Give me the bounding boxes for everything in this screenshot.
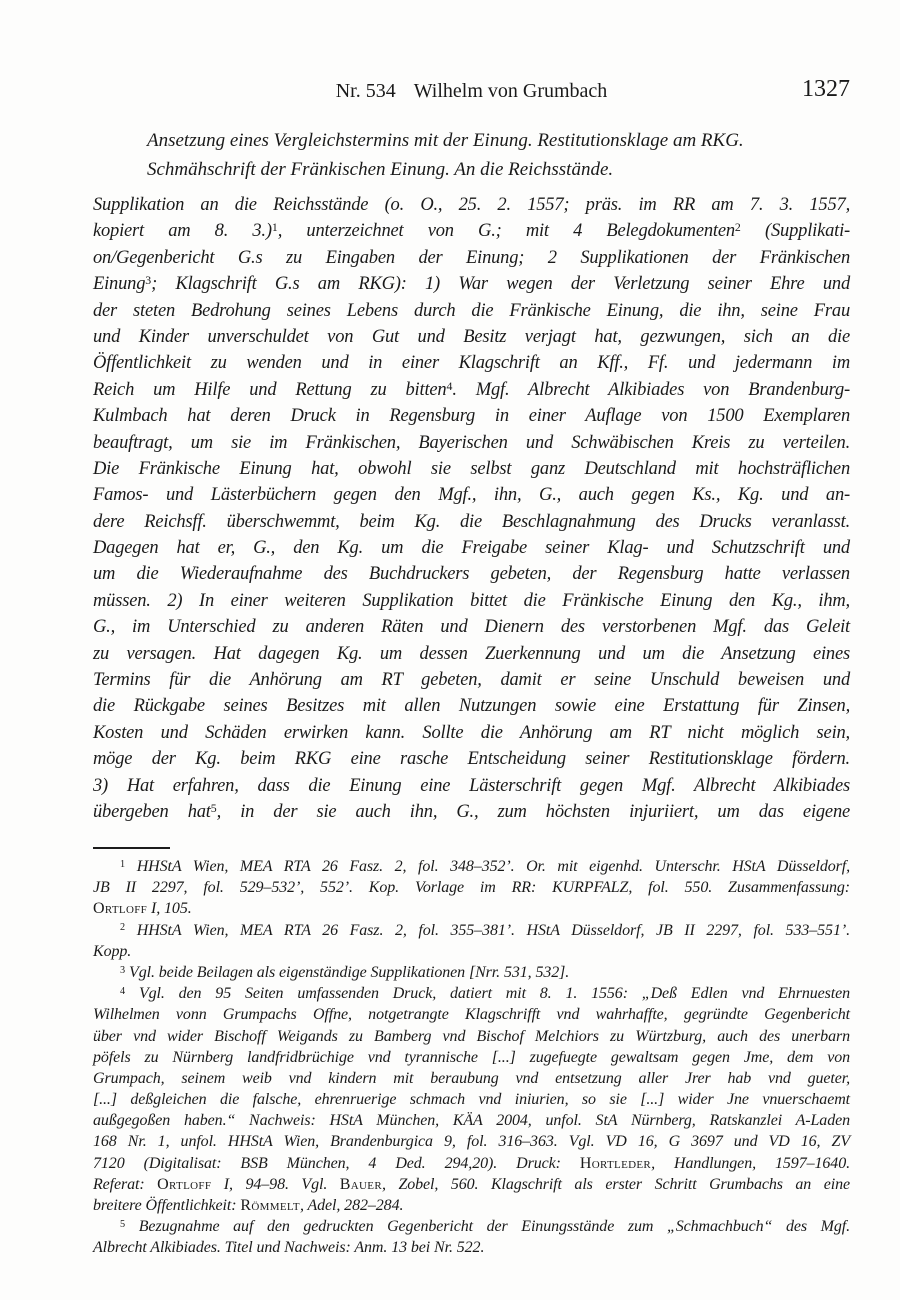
body-line: Einung3; Klagschrift G.s am RKG): 1) War…	[93, 271, 850, 297]
footnote-ref: 1	[120, 859, 125, 870]
body-line: Termins für die Anhörung am RT gebeten, …	[93, 667, 850, 693]
footnote-ref: 5	[120, 1219, 125, 1230]
body-line: 3) Hat erfahren, dass die Einung eine Lä…	[93, 773, 850, 799]
footnote: 5 Bezugnahme auf den gedruckten Gegenber…	[93, 1216, 850, 1258]
footnote-ref: 2	[735, 220, 741, 234]
smallcaps-name: Bauer	[340, 1176, 382, 1193]
footnotes: 1 HHStA Wien, MEA RTA 26 Fasz. 2, fol. 3…	[93, 856, 850, 1259]
regest-body: Supplikation an die Reichsstände (o. O.,…	[93, 192, 850, 825]
footnote: 4 Vgl. den 95 Seiten umfassenden Druck, …	[93, 983, 850, 1216]
body-line: übergeben hat5, in der sie auch ihn, G.,…	[93, 799, 850, 825]
footnote-ref: 3	[145, 273, 151, 287]
footnote: 1 HHStA Wien, MEA RTA 26 Fasz. 2, fol. 3…	[93, 856, 850, 920]
body-line: on/Gegenbericht G.s zu Eingaben der Einu…	[93, 245, 850, 271]
body-line: Supplikation an die Reichsstände (o. O.,…	[93, 192, 850, 218]
footnote-line: pöfels zu Nürnberg landfridbrüchige vnd …	[93, 1047, 850, 1068]
footnote-line: breitere Öffentlichkeit: Römmelt, Adel, …	[93, 1195, 850, 1216]
body-line: müssen. 2) In einer weiteren Supplikatio…	[93, 588, 850, 614]
footnote-line: außgegoßen haben.“ Nachweis: HStA Münche…	[93, 1110, 850, 1131]
footnote-line: 5 Bezugnahme auf den gedruckten Gegenber…	[93, 1216, 850, 1237]
footnote-line: Ortloff I, 105.	[93, 898, 850, 919]
footnote-ref: 2	[120, 922, 125, 933]
footnote-line: über vnd wider Bischoff Weigands zu Bamb…	[93, 1026, 850, 1047]
footnote: 2 HHStA Wien, MEA RTA 26 Fasz. 2, fol. 3…	[93, 920, 850, 962]
regest-heading-line: Ansetzung eines Vergleichstermins mit de…	[147, 126, 857, 155]
running-head-title: Wilhelm von Grumbach	[414, 80, 608, 102]
footnote-ref: 1	[272, 220, 278, 234]
footnote-line: 168 Nr. 1, unfol. HHStA Wien, Brandenbur…	[93, 1131, 850, 1152]
body-line: G., im Unterschied zu anderen Räten und …	[93, 614, 850, 640]
regest-heading-line: Schmähschrift der Fränkischen Einung. An…	[147, 155, 857, 184]
smallcaps-name: Hortleder	[580, 1155, 651, 1172]
body-line: kopiert am 8. 3.)1, unterzeichnet von G.…	[93, 218, 850, 244]
footnote-line: 7120 (Digitalisat: BSB München, 4 Ded. 2…	[93, 1153, 850, 1174]
footnote-ref: 5	[211, 801, 217, 815]
footnote-ref: 3	[120, 965, 125, 976]
body-line: Öffentlichkeit zu wenden und in einer Kl…	[93, 350, 850, 376]
running-head: Nr. 534Wilhelm von Grumbach 1327	[93, 80, 850, 108]
running-head-center: Nr. 534Wilhelm von Grumbach	[93, 80, 850, 103]
body-line: dere Reichsff. überschwemmt, beim Kg. di…	[93, 509, 850, 535]
body-line: möge der Kg. beim RKG eine rasche Entsch…	[93, 746, 850, 772]
footnote-line: 4 Vgl. den 95 Seiten umfassenden Druck, …	[93, 983, 850, 1004]
footnote-separator	[93, 847, 170, 849]
body-line: Famos- und Lästerbüchern gegen den Mgf.,…	[93, 482, 850, 508]
footnote-line: Albrecht Alkibiades. Titel und Nachweis:…	[93, 1237, 850, 1258]
footnote-line: 3 Vgl. beide Beilagen als eigenständige …	[93, 962, 850, 983]
smallcaps-name: Ortloff	[157, 1176, 211, 1193]
body-line: Dagegen hat er, G., den Kg. um die Freig…	[93, 535, 850, 561]
body-line: die Rückgabe seines Besitzes mit allen N…	[93, 693, 850, 719]
body-line: der steten Bedrohung seines Lebens durch…	[93, 298, 850, 324]
body-line: beauftragt, um sie im Fränkischen, Bayer…	[93, 430, 850, 456]
footnote-line: JB II 2297, fol. 529–532’, 552’. Kop. Vo…	[93, 877, 850, 898]
footnote-line: Grumpach, seinem weib vnd kindern mit be…	[93, 1068, 850, 1089]
footnote-line: 1 HHStA Wien, MEA RTA 26 Fasz. 2, fol. 3…	[93, 856, 850, 877]
body-line: Reich um Hilfe und Rettung zu bitten4. M…	[93, 377, 850, 403]
footnote-ref: 4	[120, 986, 125, 997]
body-line: um die Wiederaufnahme des Buchdruckers g…	[93, 561, 850, 587]
footnote: 3 Vgl. beide Beilagen als eigenständige …	[93, 962, 850, 983]
footnote-line: [...] deßgleichen die falsche, ehrenruer…	[93, 1089, 850, 1110]
footnote-line: 2 HHStA Wien, MEA RTA 26 Fasz. 2, fol. 3…	[93, 920, 850, 941]
footnote-line: Wilhelmen vonn Grumpachs Offne, notgetra…	[93, 1004, 850, 1025]
footnote-ref: 4	[446, 379, 452, 393]
book-page: Nr. 534Wilhelm von Grumbach 1327 Ansetzu…	[0, 0, 900, 1300]
body-line: Die Fränkische Einung hat, obwohl sie se…	[93, 456, 850, 482]
body-line: Kosten und Schäden erwirken kann. Sollte…	[93, 720, 850, 746]
footnote-line: Kopp.	[93, 941, 850, 962]
body-line: und Kinder unverschuldet von Gut und Bes…	[93, 324, 850, 350]
body-line: Kulmbach hat deren Druck in Regensburg i…	[93, 403, 850, 429]
footnote-line: Referat: Ortloff I, 94–98. Vgl. Bauer, Z…	[93, 1174, 850, 1195]
smallcaps-name: Ortloff	[93, 900, 147, 917]
body-line: zu versagen. Hat dagegen Kg. um dessen Z…	[93, 641, 850, 667]
smallcaps-name: Römmelt	[240, 1197, 300, 1214]
page-number: 1327	[802, 76, 850, 103]
document-number: Nr. 534	[336, 80, 396, 102]
regest-heading: Ansetzung eines Vergleichstermins mit de…	[147, 126, 857, 184]
